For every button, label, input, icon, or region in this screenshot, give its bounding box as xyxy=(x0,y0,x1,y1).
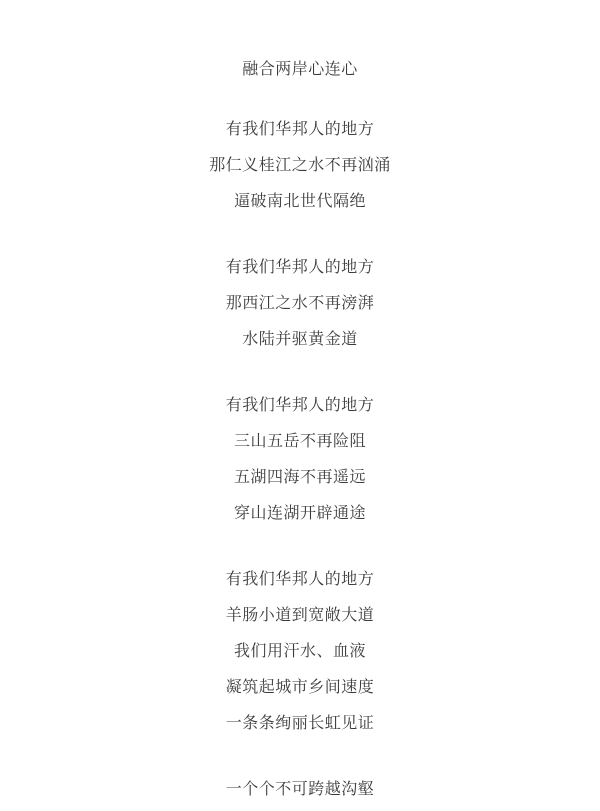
lyric-line: 有我们华邦人的地方 xyxy=(0,562,600,598)
lyric-line: 羊肠小道到宽敞大道 xyxy=(0,598,600,634)
lyric-line: 一个个不可跨越沟壑 xyxy=(0,772,600,808)
stanza: 有我们华邦人的地方那仁义桂江之水不再汹涌逼破南北世代隔绝 xyxy=(0,112,600,220)
lyric-line: 凝筑起城市乡间速度 xyxy=(0,670,600,706)
lyric-line: 三山五岳不再险阻 xyxy=(0,424,600,460)
lyric-line: 五湖四海不再遥远 xyxy=(0,460,600,496)
lyric-line: 我们用汗水、血液 xyxy=(0,634,600,670)
lyric-line: 有我们华邦人的地方 xyxy=(0,112,600,148)
lyric-line: 穿山连湖开辟通途 xyxy=(0,496,600,532)
lyric-line: 那西江之水不再滂湃 xyxy=(0,286,600,322)
lyric-line: 一条条绚丽长虹见证 xyxy=(0,706,600,742)
stanza: 有我们华邦人的地方羊肠小道到宽敞大道我们用汗水、血液凝筑起城市乡间速度一条条绚丽… xyxy=(0,562,600,742)
stanza: 有我们华邦人的地方那西江之水不再滂湃水陆并驱黄金道 xyxy=(0,250,600,358)
lyrics-body: 有我们华邦人的地方那仁义桂江之水不再汹涌逼破南北世代隔绝有我们华邦人的地方那西江… xyxy=(0,112,600,808)
lyric-line: 水陆并驱黄金道 xyxy=(0,322,600,358)
lyric-line: 有我们华邦人的地方 xyxy=(0,250,600,286)
lyric-line: 那仁义桂江之水不再汹涌 xyxy=(0,148,600,184)
lyric-line: 逼破南北世代隔绝 xyxy=(0,184,600,220)
lyrics-page: 融合两岸心连心 有我们华邦人的地方那仁义桂江之水不再汹涌逼破南北世代隔绝有我们华… xyxy=(0,0,600,811)
stanza: 有我们华邦人的地方三山五岳不再险阻五湖四海不再遥远穿山连湖开辟通途 xyxy=(0,388,600,532)
lyric-line: 有我们华邦人的地方 xyxy=(0,388,600,424)
page-title: 融合两岸心连心 xyxy=(0,52,600,88)
stanza: 一个个不可跨越沟壑 xyxy=(0,772,600,808)
